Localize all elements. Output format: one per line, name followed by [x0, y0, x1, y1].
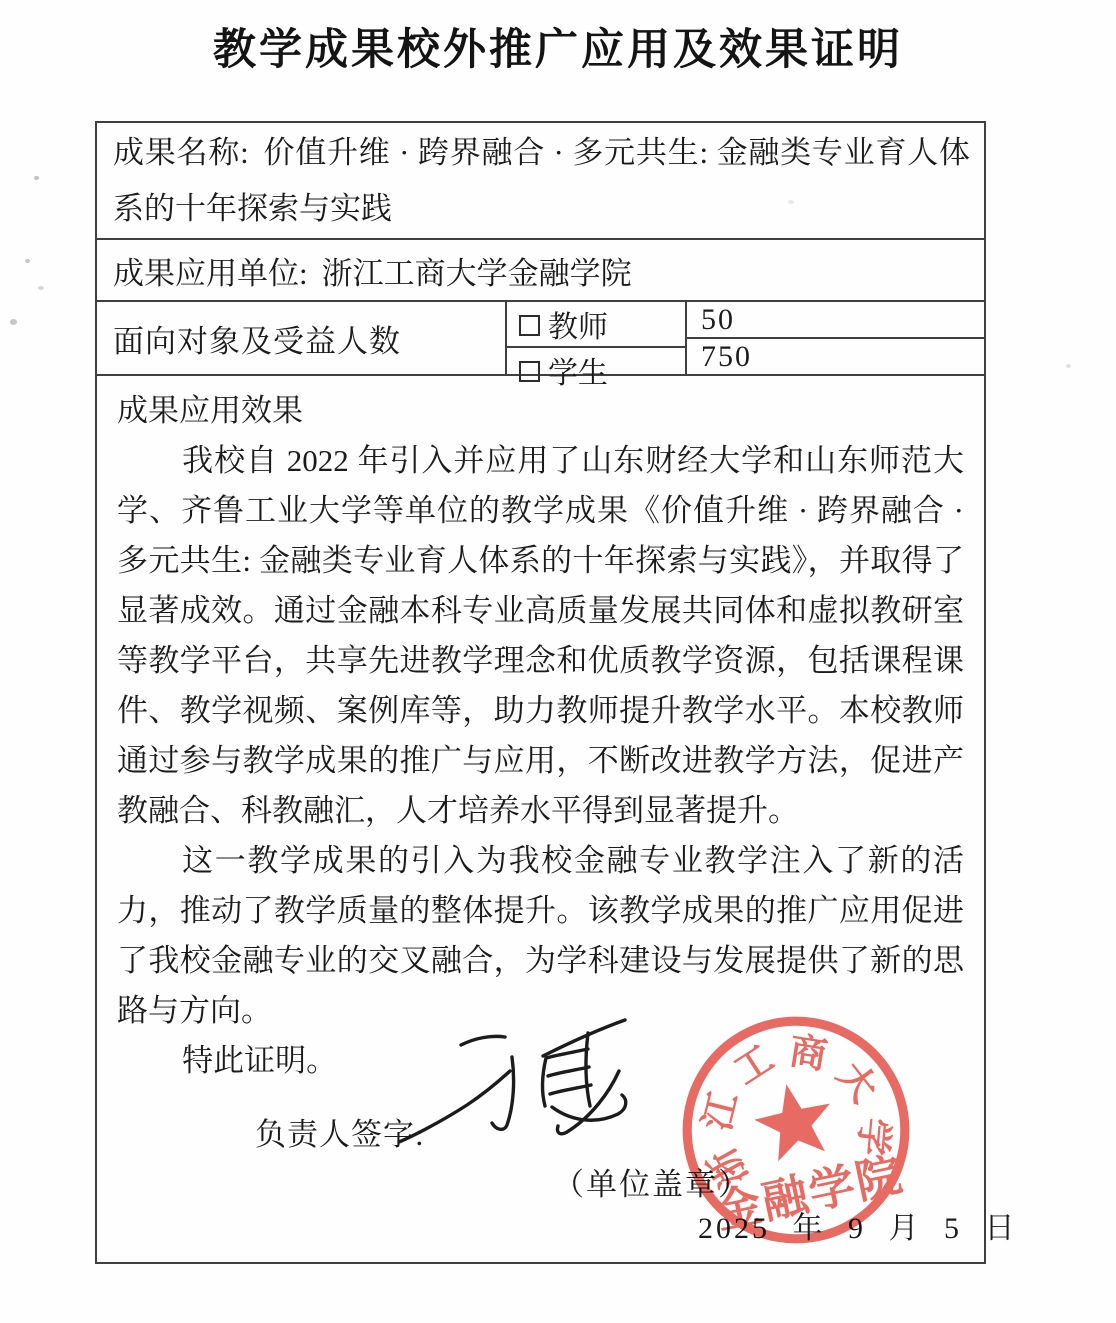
- stamp-arc-char: 商: [786, 1030, 830, 1077]
- scan-artifact: [25, 259, 30, 263]
- stamp-arc-char: 江: [696, 1088, 746, 1135]
- teacher-count: 50: [687, 302, 984, 337]
- audience-label: 面向对象及受益人数: [113, 316, 401, 361]
- audience-type-column: 教师 学生: [507, 302, 687, 374]
- applying-unit-row: 成果应用单位:浙江工商大学金融学院: [97, 240, 984, 302]
- stamp-star-icon: [748, 1076, 839, 1164]
- achievement-name-row: 成果名称:价值升维 · 跨界融合 · 多元共生: 金融类专业育人体系的十年探索与…: [97, 123, 984, 240]
- effect-paragraph: 这一教学成果的引入为我校金融专业教学注入了新的活力，推动了教学质量的整体提升。该…: [117, 836, 964, 1036]
- scan-artifact: [10, 319, 17, 325]
- stamp-arc-char: 工: [727, 1037, 781, 1093]
- scan-artifact: [34, 176, 39, 180]
- scan-artifact: [38, 286, 44, 290]
- official-red-stamp: 浙 江 工 商 大 学 金融学院: [676, 1010, 916, 1250]
- effect-section: 成果应用效果 我校自 2022 年引入并应用了山东财经大学和山东师范大学、齐鲁工…: [97, 376, 984, 1262]
- achievement-name-label: 成果名称:: [113, 135, 249, 170]
- student-count: 750: [687, 337, 984, 374]
- certificate-table: 成果名称:价值升维 · 跨界融合 · 多元共生: 金融类专业育人体系的十年探索与…: [95, 121, 986, 1264]
- checkbox-icon: [519, 315, 540, 336]
- effect-label: 成果应用效果: [117, 386, 964, 436]
- page-title: 教学成果校外推广应用及效果证明: [0, 16, 1116, 77]
- effect-paragraph: 我校自 2022 年引入并应用了山东财经大学和山东师范大学、齐鲁工业大学等单位的…: [117, 436, 964, 836]
- audience-count-column: 50 750: [687, 302, 984, 374]
- audience-label-cell: 面向对象及受益人数: [97, 302, 507, 374]
- handwritten-signature: [395, 1013, 645, 1158]
- scan-artifact: [1066, 364, 1071, 368]
- audience-type-teacher: 教师: [507, 302, 685, 346]
- applying-unit-label: 成果应用单位:: [113, 248, 308, 293]
- applying-unit-value: 浙江工商大学金融学院: [322, 248, 632, 293]
- scanned-certificate-page: 教学成果校外推广应用及效果证明 成果名称:价值升维 · 跨界融合 · 多元共生:…: [0, 0, 1116, 1323]
- audience-row: 面向对象及受益人数 教师 学生 50 750: [97, 302, 984, 376]
- teacher-label: 教师: [548, 302, 608, 346]
